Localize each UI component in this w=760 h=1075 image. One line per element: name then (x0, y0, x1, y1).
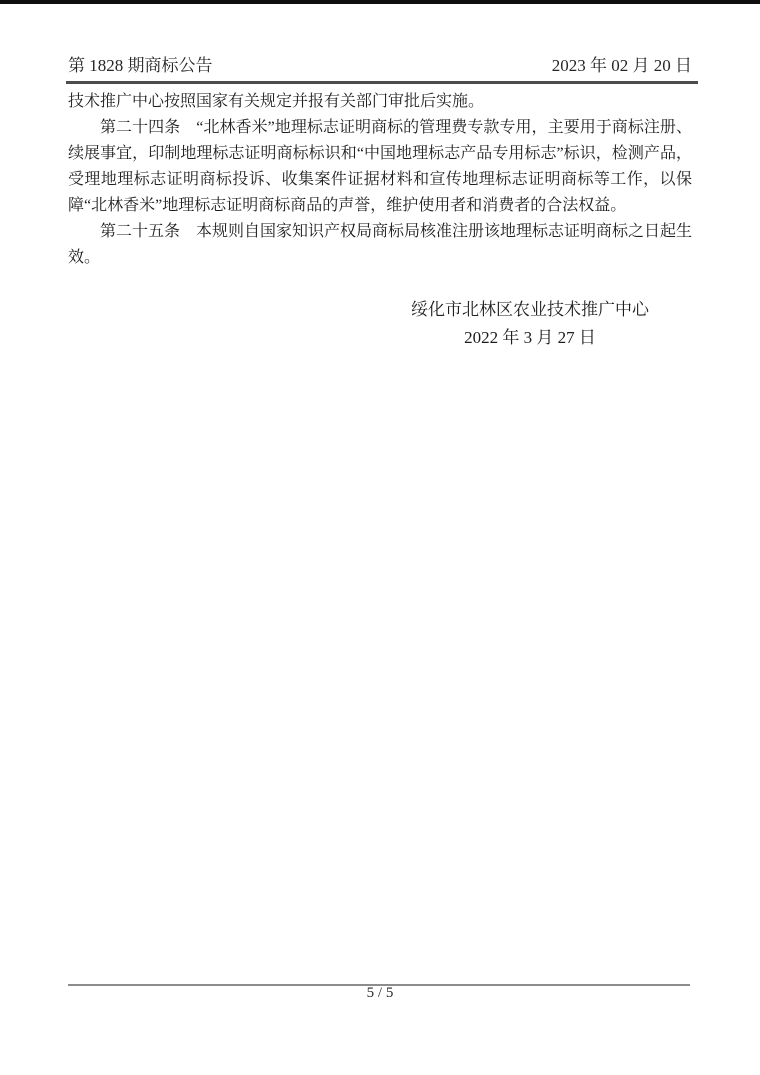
signature-block: 绥化市北林区农业技术推广中心 2022 年 3 月 27 日 (368, 296, 692, 352)
page-number: 5 / 5 (0, 984, 760, 1002)
paragraph-article-25: 第二十五条 本规则自国家知识产权局商标局核准注册该地理标志证明商标之日起生效。 (68, 219, 692, 271)
header-divider (66, 81, 698, 84)
gazette-document-page: 第 1828 期商标公告 2023 年 02 月 20 日 技术推广中心按照国家… (0, 0, 760, 1075)
signature-organization: 绥化市北林区农业技术推广中心 (368, 296, 692, 324)
signature-date: 2022 年 3 月 27 日 (368, 324, 692, 352)
gazette-title: 第 1828 期商标公告 (68, 51, 213, 76)
document-body: 技术推广中心按照国家有关规定并报有关部门审批后实施。 第二十四条 “北林香米”地… (68, 89, 692, 271)
scan-edge-bar (0, 0, 760, 4)
page-header: 第 1828 期商标公告 2023 年 02 月 20 日 (68, 51, 692, 76)
paragraph-continuation: 技术推广中心按照国家有关规定并报有关部门审批后实施。 (68, 89, 692, 115)
paragraph-article-24: 第二十四条 “北林香米”地理标志证明商标的管理费专款专用，主要用于商标注册、续展… (68, 115, 692, 219)
gazette-issue-date: 2023 年 02 月 20 日 (552, 51, 692, 76)
